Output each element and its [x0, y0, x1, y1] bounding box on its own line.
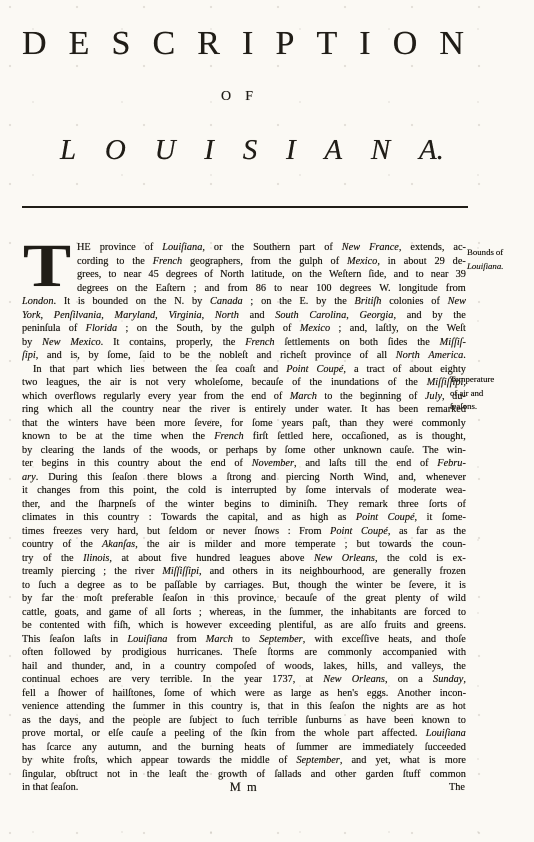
word: clearing	[41, 444, 74, 458]
word: of	[193, 687, 202, 701]
word: when	[161, 430, 183, 444]
word: than	[339, 417, 357, 431]
word: ſtrong	[227, 471, 252, 485]
word: has	[22, 741, 36, 755]
word: by	[22, 754, 32, 768]
text-line: venienceattendingtheſummerinthiscountryi…	[22, 700, 466, 714]
word: as	[324, 619, 333, 633]
word: there	[147, 471, 168, 485]
word: Point	[356, 511, 378, 525]
title-letter: O	[221, 90, 231, 104]
word: ſides	[388, 336, 407, 350]
word: HE	[77, 241, 91, 255]
word: heats	[244, 741, 265, 755]
word: the	[46, 417, 59, 431]
word: richeſt	[280, 349, 306, 363]
word: is	[130, 376, 137, 390]
title-of: OF	[221, 90, 253, 104]
word: France,	[369, 241, 401, 255]
word: ſorts	[173, 606, 191, 620]
title-letter: O	[105, 136, 126, 165]
word: the	[405, 376, 418, 390]
word: Britiſh	[355, 295, 382, 309]
word: ſea	[215, 363, 227, 377]
text-line: Temperature	[450, 373, 512, 387]
word: to	[59, 430, 67, 444]
word: are	[305, 646, 318, 660]
word: ſorts	[429, 498, 447, 512]
word: by	[206, 579, 216, 593]
word: of	[324, 241, 333, 255]
word: diminiſh.	[280, 498, 317, 512]
word: ſeaſon	[330, 700, 355, 714]
word: in	[197, 592, 205, 606]
word: During	[48, 471, 77, 485]
word: the	[193, 430, 206, 444]
word: of	[450, 387, 457, 401]
word: people	[133, 714, 160, 728]
word: the	[62, 592, 75, 606]
word: in	[253, 606, 261, 620]
word: the	[80, 538, 93, 552]
word: is	[436, 552, 443, 566]
word: towards	[379, 538, 412, 552]
word: tract	[367, 363, 385, 377]
word: towards	[178, 754, 211, 768]
word: ſuch	[38, 579, 56, 593]
word: Wind,	[364, 471, 389, 485]
word: end	[211, 457, 226, 471]
word: province	[100, 241, 136, 255]
word: fruits	[384, 619, 406, 633]
word: the	[150, 444, 163, 458]
word: ſunburns	[306, 714, 342, 728]
word: Weſt	[447, 322, 466, 336]
word: forced	[424, 606, 450, 620]
word: The	[423, 444, 439, 458]
word: however	[186, 619, 221, 633]
word: the	[178, 741, 191, 755]
word: country	[118, 457, 149, 471]
word: obſtruct	[66, 768, 98, 782]
word: ac-	[453, 241, 466, 255]
word: by	[22, 444, 32, 458]
word: plentiful,	[279, 619, 316, 633]
word: as	[338, 511, 347, 525]
word: the	[189, 457, 202, 471]
word: Virginia,	[168, 309, 204, 323]
word: firſt	[253, 430, 268, 444]
word: cauſe.	[390, 444, 414, 458]
word: ſeaſon	[49, 633, 74, 647]
word: in	[291, 700, 299, 714]
title-letter: D	[22, 27, 47, 61]
word: the	[334, 295, 347, 309]
word: a	[212, 471, 217, 485]
word: at	[95, 430, 102, 444]
word: inhabitants	[351, 606, 396, 620]
word: New	[314, 552, 332, 566]
word: 29	[434, 255, 444, 269]
word: have	[367, 714, 386, 728]
word: by	[192, 295, 202, 309]
word: inundations	[331, 376, 379, 390]
word: cauſe	[131, 727, 153, 741]
word: affected.	[382, 727, 418, 741]
word: country	[175, 660, 206, 674]
word: hard,	[118, 525, 139, 539]
word: the	[426, 322, 439, 336]
word: air	[169, 538, 180, 552]
word: ſtorms	[267, 646, 293, 660]
word: milder	[205, 538, 232, 552]
word: is	[459, 579, 466, 593]
word: N.	[174, 295, 184, 309]
word: about	[409, 363, 432, 377]
text-line: thatthewintershavebeenmoreſevere,forſome…	[22, 417, 466, 431]
word: Carolina,	[309, 309, 348, 323]
word: and	[47, 349, 62, 363]
word: or	[214, 241, 223, 255]
word: freezes	[53, 525, 82, 539]
word: three	[398, 498, 419, 512]
text-line: provemortal,orelſecauſeapeelingoftheſkin…	[22, 727, 466, 741]
word: to	[242, 633, 250, 647]
word: hen's	[337, 687, 358, 701]
word: and,	[399, 471, 416, 485]
word: for	[231, 417, 243, 431]
word: the	[230, 727, 243, 741]
word: the	[421, 538, 434, 552]
signature-mark: M m	[230, 781, 258, 795]
text-line: HEprovinceofLouiſiana,ortheSouthernparto…	[22, 241, 466, 255]
word: the	[195, 363, 208, 377]
word: Mexico,	[347, 255, 380, 269]
word: known	[422, 714, 450, 728]
word: from	[177, 633, 197, 647]
word: ſevere,	[194, 417, 222, 431]
title-letter: N	[371, 136, 390, 165]
word: the	[219, 754, 232, 768]
word: in	[173, 700, 181, 714]
word: the	[89, 376, 102, 390]
word: thunder,	[72, 660, 106, 674]
word: of	[213, 727, 222, 741]
word: North	[330, 471, 354, 485]
word: its	[282, 565, 292, 579]
word: to	[130, 579, 138, 593]
word: but	[357, 538, 370, 552]
word: fell	[22, 687, 36, 701]
text-line: cattle,goats,andgameofallſorts;whereas,i…	[22, 606, 466, 620]
word: of	[257, 768, 266, 782]
word: to	[274, 282, 282, 296]
word: between	[152, 363, 186, 377]
word: be	[391, 579, 401, 593]
word: of	[430, 592, 439, 606]
word: of	[409, 390, 418, 404]
word: Mexico	[300, 322, 330, 336]
word: more	[164, 417, 185, 431]
title-letter: I	[242, 27, 253, 61]
text-line: byfarthemoſtpreferableſeaſoninthisprovin…	[22, 592, 466, 606]
text-line: terbeginsinthiscountryabouttheendofNovem…	[22, 457, 466, 471]
word: terrible.	[160, 673, 192, 687]
word: longitude	[399, 282, 438, 296]
word: ;	[339, 322, 342, 336]
word: part	[73, 363, 89, 377]
word: Coupé,	[361, 525, 390, 539]
word: fiſh,	[114, 619, 131, 633]
word: time	[134, 430, 152, 444]
word: and	[305, 457, 320, 471]
word: cold	[188, 484, 206, 498]
word: thoſe	[445, 633, 466, 647]
word: be	[76, 430, 86, 444]
word: and	[263, 363, 278, 377]
word: have	[107, 417, 126, 431]
word: the	[231, 390, 244, 404]
word: country	[22, 538, 53, 552]
word: ſevere,	[409, 579, 437, 593]
title-letter: E	[69, 27, 90, 61]
word: exceeding	[229, 619, 271, 633]
word: a	[162, 727, 167, 741]
title-letter: N	[439, 27, 464, 61]
word: the	[279, 255, 292, 269]
word: moderate	[398, 484, 436, 498]
word: not	[107, 768, 120, 782]
word: degrees	[77, 282, 108, 296]
text-line: continualechoesareveryterrible.Intheyear…	[22, 673, 466, 687]
word: been	[399, 403, 418, 417]
word: to	[416, 268, 424, 282]
word: plenty	[395, 592, 421, 606]
word: all	[377, 349, 387, 363]
word: Weſtern	[329, 268, 361, 282]
word: of	[266, 660, 275, 674]
word: river	[135, 565, 154, 579]
word: are	[339, 741, 352, 755]
word: been	[136, 417, 155, 431]
paragraph-1-indented: HEprovinceofLouiſiana,ortheSouthernparto…	[22, 241, 466, 295]
word: from	[251, 255, 271, 269]
word: of	[133, 444, 142, 458]
word: coun-	[442, 538, 465, 552]
word: ſtuff	[403, 768, 421, 782]
word: ;	[126, 322, 129, 336]
word: by	[88, 349, 98, 363]
word: Akanſas,	[102, 538, 138, 552]
word: and	[250, 309, 265, 323]
word: ex-	[453, 552, 466, 566]
word: extends,	[410, 241, 444, 255]
word: geographers,	[190, 255, 243, 269]
text-line: byclearingthelandsofthewoods,orperhapsby…	[22, 444, 466, 458]
word: a	[354, 363, 359, 377]
word: the	[375, 457, 388, 471]
word: about	[158, 457, 181, 471]
word: and	[257, 349, 272, 363]
word: becauſe	[252, 376, 283, 390]
text-line: hailandthunder,and,inacountrycompoſedofw…	[22, 660, 466, 674]
word: gulph	[299, 255, 322, 269]
word: the	[101, 403, 114, 417]
word: nobleſt	[219, 349, 248, 363]
text-line: climatesinthiscountry:Towardsthecapital,…	[22, 511, 466, 525]
text-line: tryoftheIlinois,ataboutfivehundredleague…	[22, 552, 466, 566]
margin-note-bounds: BoundsofLouiſiana.	[467, 246, 529, 273]
word: de-	[453, 255, 466, 269]
drop-cap: T	[23, 236, 71, 297]
word: white	[41, 754, 64, 768]
word: laſts	[84, 633, 101, 647]
word: ſettlements	[284, 336, 329, 350]
word: the	[112, 430, 125, 444]
word: from	[80, 484, 100, 498]
title-letter: O	[393, 27, 418, 61]
word: and	[50, 498, 65, 512]
catchword: The	[449, 781, 465, 795]
word: by	[101, 646, 111, 660]
word: this	[83, 511, 98, 525]
word: to	[324, 390, 332, 404]
word: which	[211, 687, 236, 701]
word: French	[245, 336, 274, 350]
word: carriages.	[224, 579, 264, 593]
word: New	[342, 241, 360, 255]
word: It	[361, 403, 367, 417]
word: are	[341, 619, 354, 633]
word: from	[446, 282, 466, 296]
word: ſummer,	[289, 606, 323, 620]
word: garden	[366, 768, 394, 782]
word: year	[178, 390, 196, 404]
word: generally	[393, 565, 431, 579]
word: ;	[199, 606, 202, 620]
word: perhaps	[226, 444, 258, 458]
word: this	[94, 457, 109, 471]
word: goats,	[54, 606, 78, 620]
word: wholeſome,	[195, 376, 243, 390]
word: are	[416, 700, 429, 714]
word: W.	[379, 282, 390, 296]
word: colonies	[389, 295, 423, 309]
title-letter: A	[324, 136, 342, 165]
word: unknown	[343, 444, 381, 458]
text-line: itchangesfromthispoint,thecoldisinterrup…	[22, 484, 466, 498]
word: cording	[77, 255, 108, 269]
word: country	[108, 511, 139, 525]
word: country	[211, 700, 242, 714]
word: of	[146, 498, 155, 512]
word: ter	[22, 457, 33, 471]
word: Louiſiana	[127, 633, 167, 647]
word: are	[169, 714, 182, 728]
text-line: ſeaſons.	[450, 400, 512, 414]
word: North	[396, 349, 420, 363]
word: river	[211, 403, 230, 417]
word: North	[220, 268, 244, 282]
word: Eaſtern	[156, 282, 186, 296]
word: be	[147, 579, 157, 593]
word: Coupé,	[316, 363, 345, 377]
word: with	[87, 619, 105, 633]
word: Orleans,	[342, 552, 378, 566]
word: and	[351, 754, 366, 768]
word: ſipi,	[22, 349, 38, 363]
word: both	[360, 336, 378, 350]
word: to	[22, 579, 30, 593]
word: exceſſive	[342, 633, 379, 647]
word: ;	[345, 538, 348, 552]
word: this	[307, 700, 322, 714]
word: though	[298, 579, 327, 593]
word: lands	[103, 444, 125, 458]
word: Penſilvania,	[54, 309, 104, 323]
text-line: Boundsof	[467, 246, 529, 260]
word: contented	[40, 619, 80, 633]
word: are	[109, 673, 122, 687]
word: and,	[350, 322, 367, 336]
word: :	[288, 525, 291, 539]
word: ſeaſon	[112, 471, 137, 485]
text-line: whichoverflowsregularlyeveryyearfromthee…	[22, 390, 466, 404]
word: Miſſiſ-	[440, 336, 466, 350]
title-letter: F	[245, 90, 253, 104]
text-line: ringwhichallthecountryneartheriverisenti…	[22, 403, 466, 417]
body-text: T HEprovinceofLouiſiana,ortheSouthernpar…	[22, 241, 466, 795]
word: degrees	[166, 268, 197, 282]
word: November,	[252, 457, 297, 471]
text-line: twoleagues,theairisnotverywholeſome,beca…	[22, 376, 466, 390]
word: to	[163, 349, 171, 363]
book-title: DESCRIPTION	[22, 27, 464, 61]
word: are	[404, 606, 417, 620]
word: growth	[218, 768, 247, 782]
word: woods,	[284, 660, 313, 674]
word: New	[448, 295, 466, 309]
word: the	[198, 349, 211, 363]
word: air	[110, 376, 121, 390]
word: interrupted	[231, 484, 276, 498]
word: thought,	[432, 430, 466, 444]
word: more	[265, 538, 286, 552]
word: the	[310, 376, 323, 390]
paragraph-1: London.ItisboundedontheN.byCanada;ontheE…	[22, 295, 466, 363]
text-line: countryoftheAkanſas,theairismilderandmor…	[22, 538, 466, 552]
word: the	[82, 444, 95, 458]
word: this	[87, 471, 102, 485]
word: the	[453, 660, 466, 674]
word: prove	[22, 727, 45, 741]
word: appear	[141, 754, 168, 768]
text-line: London.ItisboundedontheN.byCanada;ontheE…	[22, 295, 466, 309]
word: the	[132, 255, 145, 269]
word: by	[432, 309, 442, 323]
word: burning	[201, 741, 233, 755]
word: game	[109, 606, 131, 620]
word: alſo	[361, 619, 376, 633]
title-letter: P	[275, 27, 294, 61]
word: common	[430, 768, 466, 782]
title-letter: A.	[419, 136, 444, 165]
word: echoes	[71, 673, 99, 687]
word: the	[279, 295, 292, 309]
text-line: cordingtotheFrenchgeographers,fromthegul…	[22, 255, 466, 269]
word: begins	[224, 498, 251, 512]
word: to	[458, 714, 466, 728]
